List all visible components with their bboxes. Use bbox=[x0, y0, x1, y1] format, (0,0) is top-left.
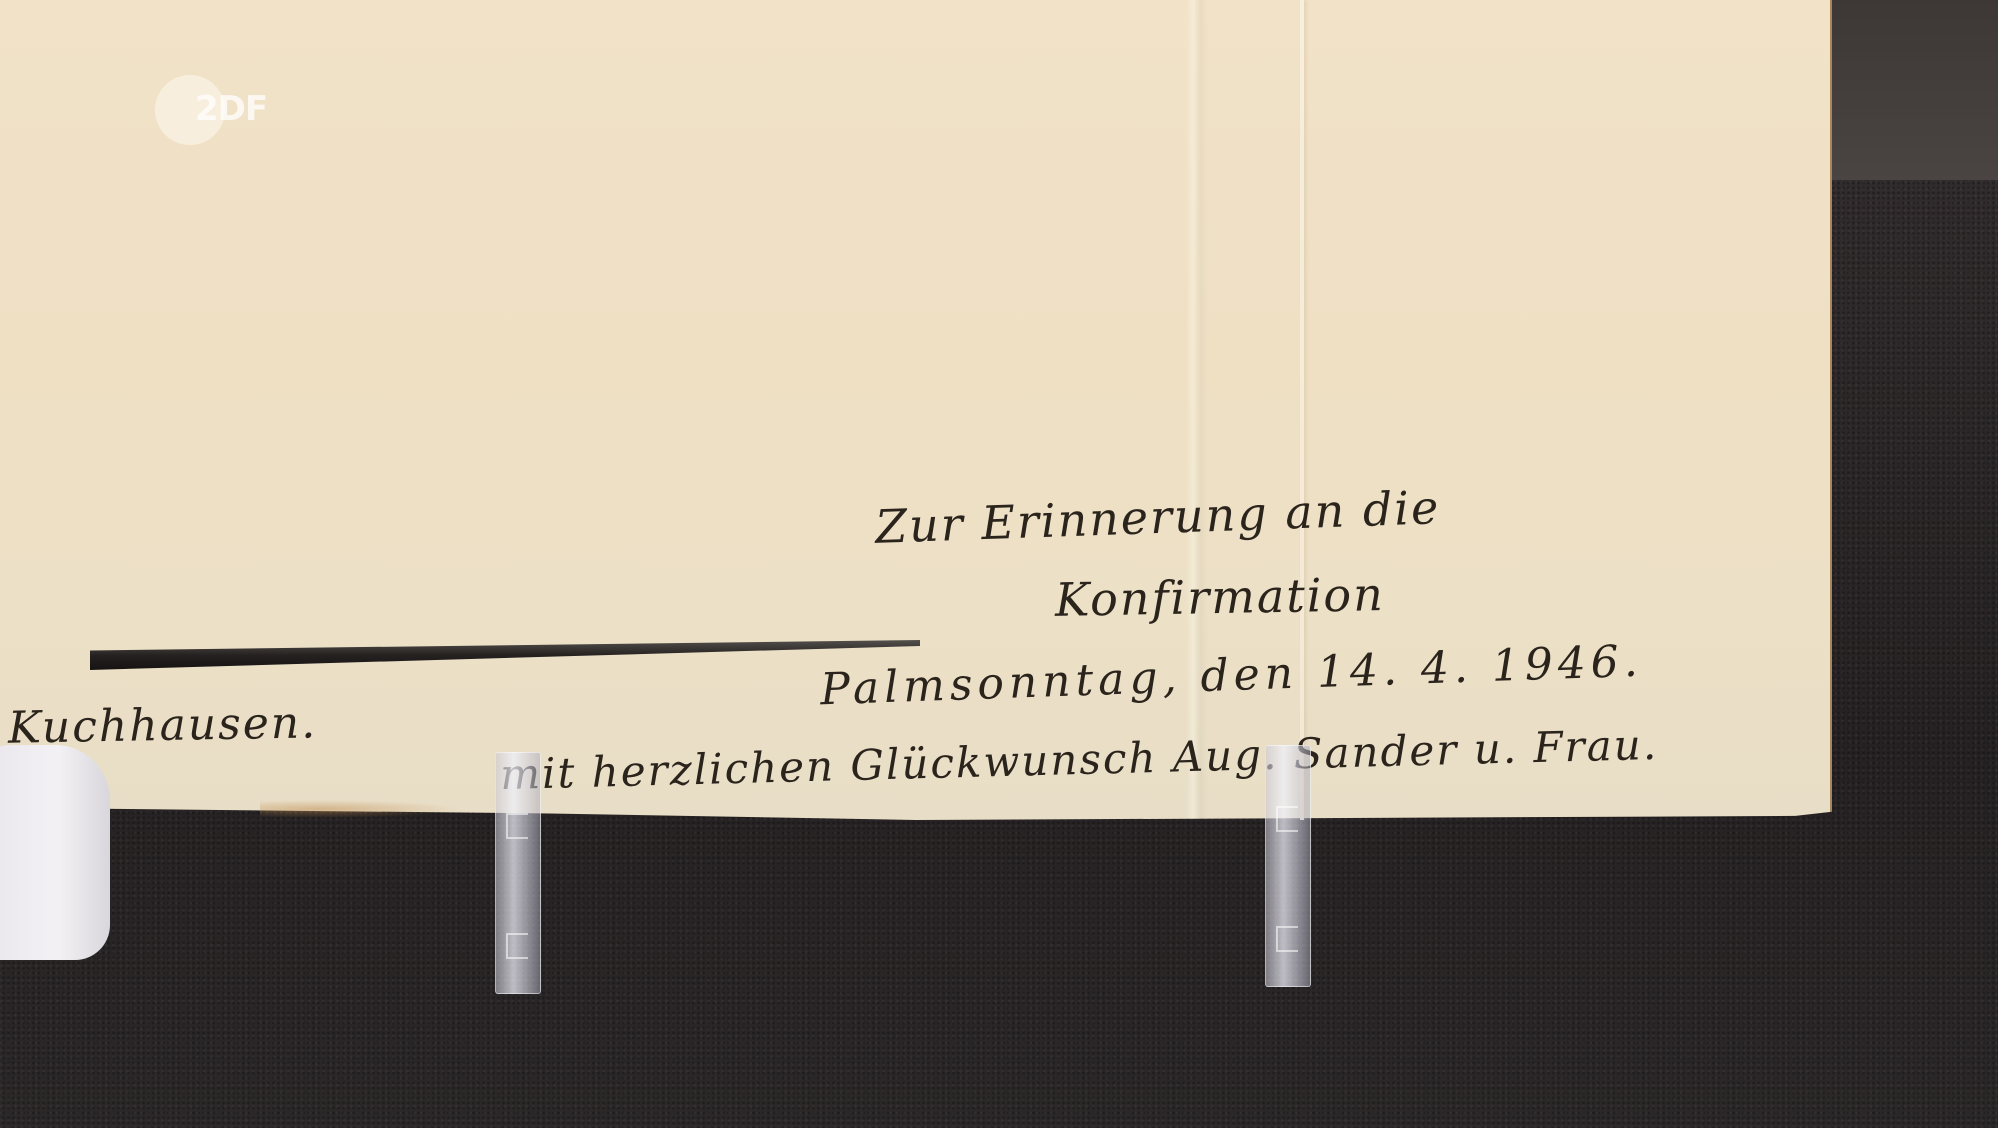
broadcaster-logo: 2DF bbox=[155, 75, 275, 145]
white-glove-hand bbox=[0, 745, 110, 960]
inscription-line-2: Konfirmation bbox=[1055, 567, 1386, 627]
stand-notch bbox=[506, 933, 528, 959]
stand-notch bbox=[1276, 806, 1298, 832]
dark-backdrop bbox=[1830, 0, 1998, 185]
logo-text: 2DF bbox=[195, 89, 267, 129]
paper-stain bbox=[260, 800, 460, 818]
stand-notch bbox=[506, 813, 528, 839]
acrylic-stand-right bbox=[1265, 745, 1311, 987]
stand-notch bbox=[1276, 926, 1298, 952]
acrylic-stand-left bbox=[495, 752, 541, 994]
